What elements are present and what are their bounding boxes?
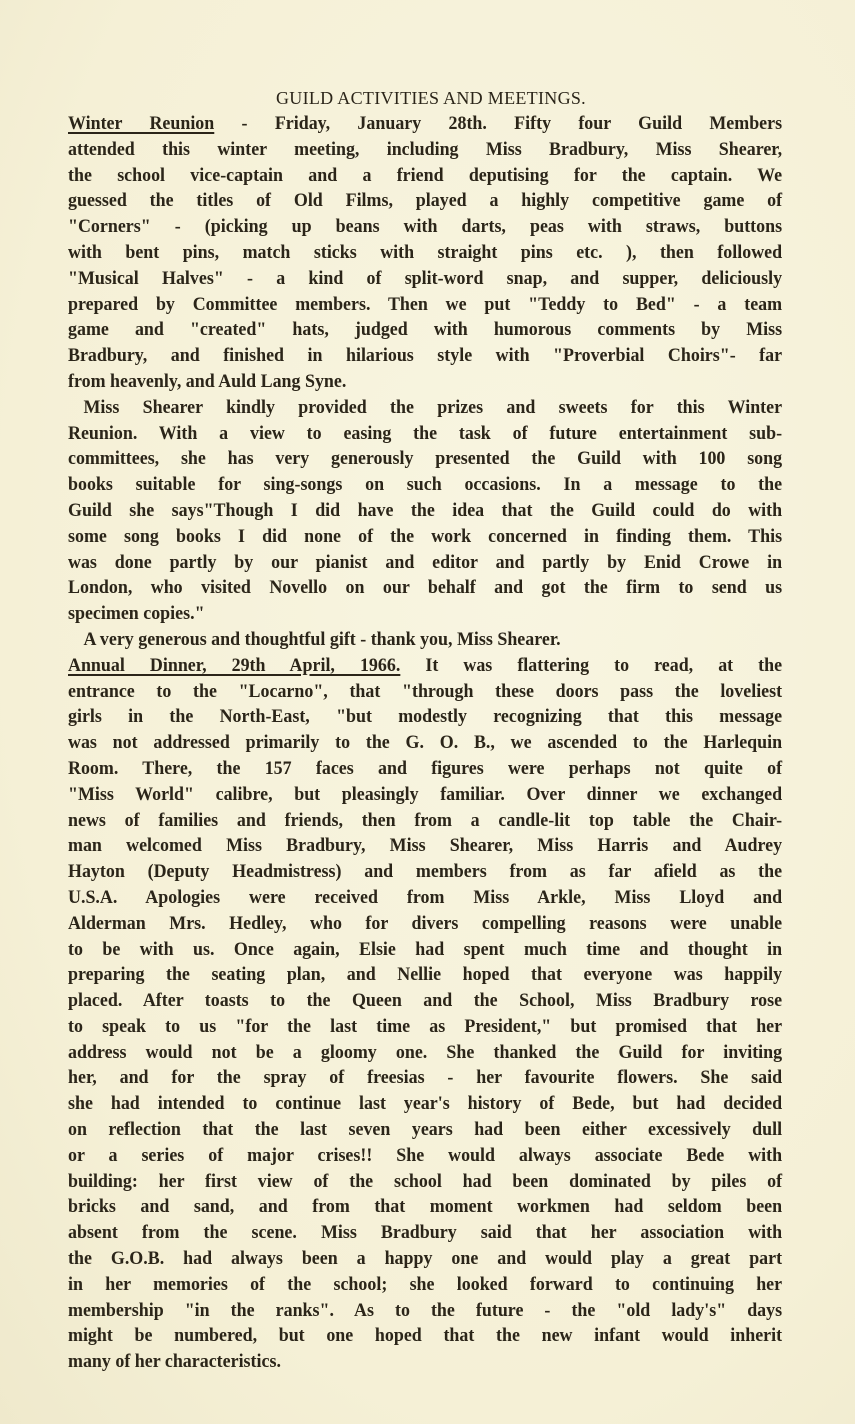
text-line: Winter Reunion - Friday, January 28th. F… [68, 111, 782, 137]
text-line: absent from the scene. Miss Bradbury sai… [68, 1220, 782, 1246]
text-line: committees, she has very generously pres… [68, 446, 782, 472]
section-winter-reunion: Winter Reunion - Friday, January 28th. F… [68, 111, 782, 395]
section-heading-winter-reunion: Winter Reunion [68, 113, 214, 134]
text-line: U.S.A. Apologies were received from Miss… [68, 885, 782, 911]
text-line: "Musical Halves" - a kind of split-word … [68, 266, 782, 292]
text-line: Annual Dinner, 29th April, 1966. It was … [68, 653, 782, 679]
scanned-page: GUILD ACTIVITIES AND MEETINGS. Winter Re… [0, 0, 855, 1424]
text-line: "Miss World" calibre, but pleasingly fam… [68, 782, 782, 808]
text-line: specimen copies." [68, 601, 782, 627]
text-line: Reunion. With a view to easing the task … [68, 421, 782, 447]
section-shearer-gift: Miss Shearer kindly provided the prizes … [68, 395, 782, 627]
text-line: bricks and sand, and from that moment wo… [68, 1194, 782, 1220]
text-line: or a series of major crises!! She would … [68, 1143, 782, 1169]
text-line: entrance to the "Locarno", that "through… [68, 679, 782, 705]
text-line: was done partly by our pianist and edito… [68, 550, 782, 576]
text-line: the school vice-captain and a friend dep… [68, 163, 782, 189]
text-line: address would not be a gloomy one. She t… [68, 1040, 782, 1066]
document-body: GUILD ACTIVITIES AND MEETINGS. Winter Re… [68, 86, 782, 1375]
text-line: Bradbury, and finished in hilarious styl… [68, 343, 782, 369]
text-line: London, who visited Novello on our behal… [68, 575, 782, 601]
text-line: Room. There, the 157 faces and figures w… [68, 756, 782, 782]
text-line: "Corners" - (picking up beans with darts… [68, 214, 782, 240]
text-line: her, and for the spray of freesias - her… [68, 1065, 782, 1091]
text-line: placed. After toasts to the Queen and th… [68, 988, 782, 1014]
text-line: A very generous and thoughtful gift - th… [68, 627, 782, 653]
text-line: to speak to us "for the last time as Pre… [68, 1014, 782, 1040]
text-line: Guild she says"Though I did have the ide… [68, 498, 782, 524]
text-line: many of her characteristics. [68, 1349, 782, 1375]
text-line: man welcomed Miss Bradbury, Miss Shearer… [68, 833, 782, 859]
text-line: from heavenly, and Auld Lang Syne. [68, 369, 782, 395]
section-thanks: A very generous and thoughtful gift - th… [68, 627, 782, 653]
text-line: Alderman Mrs. Hedley, who for divers com… [68, 911, 782, 937]
text-line: game and "created" hats, judged with hum… [68, 317, 782, 343]
text-line: membership "in the ranks". As to the fut… [68, 1298, 782, 1324]
text-line: books suitable for sing-songs on such oc… [68, 472, 782, 498]
text-line: in her memories of the school; she looke… [68, 1272, 782, 1298]
text-line: guessed the titles of Old Films, played … [68, 188, 782, 214]
text-line: some song books I did none of the work c… [68, 524, 782, 550]
text-line: preparing the seating plan, and Nellie h… [68, 962, 782, 988]
text-line: the G.O.B. had always been a happy one a… [68, 1246, 782, 1272]
text-line: girls in the North-East, "but modestly r… [68, 704, 782, 730]
section-annual-dinner: Annual Dinner, 29th April, 1966. It was … [68, 653, 782, 1375]
page-title: GUILD ACTIVITIES AND MEETINGS. [68, 86, 782, 110]
text-line: with bent pins, match sticks with straig… [68, 240, 782, 266]
text-line: Miss Shearer kindly provided the prizes … [68, 395, 782, 421]
text-line: news of families and friends, then from … [68, 808, 782, 834]
text-line: prepared by Committee members. Then we p… [68, 292, 782, 318]
text-line: attended this winter meeting, including … [68, 137, 782, 163]
text-line: to be with us. Once again, Elsie had spe… [68, 937, 782, 963]
text-line: Hayton (Deputy Headmistress) and members… [68, 859, 782, 885]
text-line: she had intended to continue last year's… [68, 1091, 782, 1117]
text-line: on reflection that the last seven years … [68, 1117, 782, 1143]
section-heading-annual-dinner: Annual Dinner, 29th April, 1966. [68, 655, 400, 676]
text-line: was not addressed primarily to the G. O.… [68, 730, 782, 756]
text-line: building: her first view of the school h… [68, 1169, 782, 1195]
text-line: might be numbered, but one hoped that th… [68, 1323, 782, 1349]
